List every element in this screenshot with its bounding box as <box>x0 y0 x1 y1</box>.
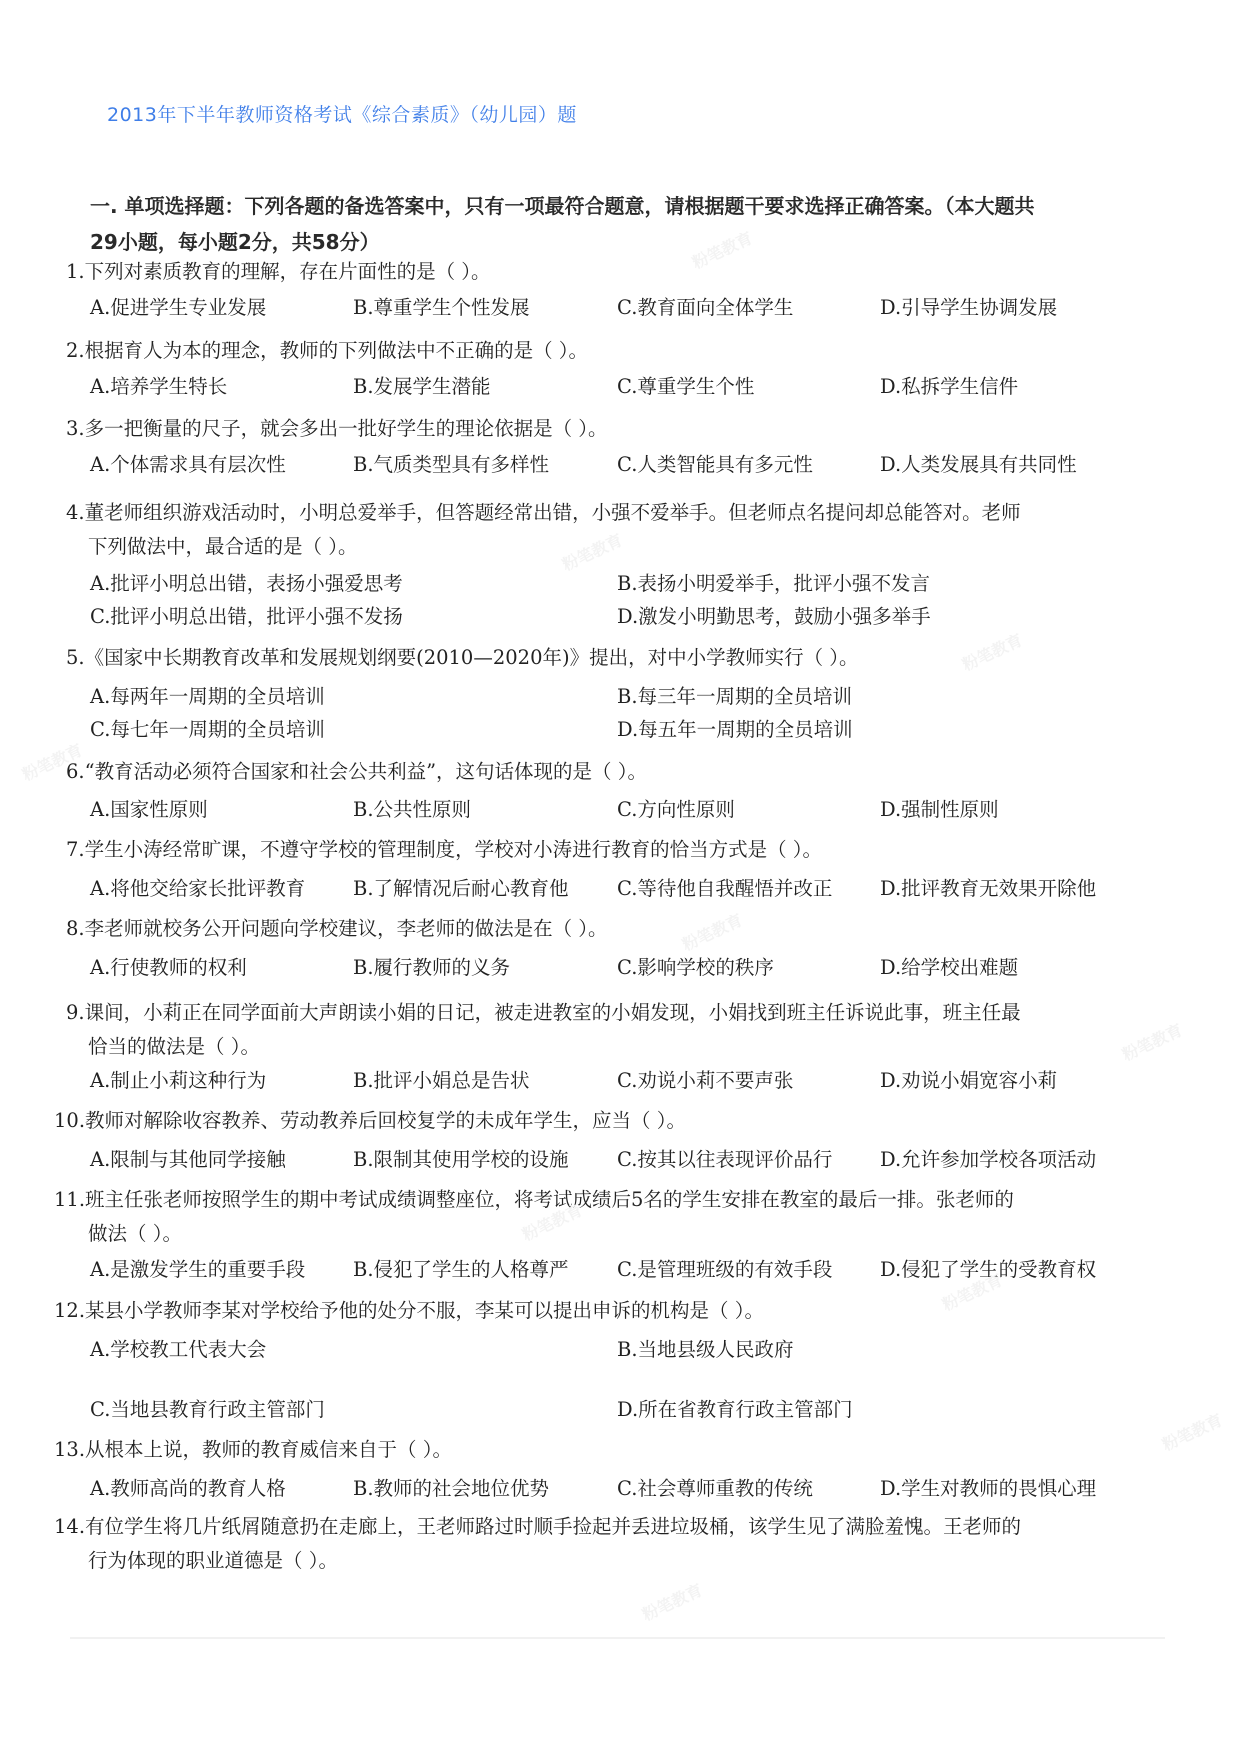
document-title: 2013年下半年教师资格考试《综合素质》（幼儿园）题 <box>107 100 577 127</box>
option-c[interactable]: C.人类智能具有多元性 <box>617 448 813 482</box>
option-c[interactable]: C.等待他自我醒悟并改正 <box>617 872 832 906</box>
option-c[interactable]: C.批评小明总出错，批评小强不发扬 <box>90 600 403 634</box>
question-5: 5.《国家中长期教育改革和发展规划纲要(2010—2020年)》提出，对中小学教… <box>66 641 1146 675</box>
watermark: 粉笔教育 <box>1158 1408 1226 1456</box>
option-b[interactable]: B.教师的社会地位优势 <box>353 1472 549 1506</box>
question-number: 7. <box>66 838 85 861</box>
option-c[interactable]: C.教育面向全体学生 <box>617 291 793 325</box>
question-12-options-row2: C.当地县教育行政主管部门 D.所在省教育行政主管部门 <box>90 1393 1150 1427</box>
option-c[interactable]: C.社会尊师重教的传统 <box>617 1472 813 1506</box>
question-1-options: A.促进学生专业发展 B.尊重学生个性发展 C.教育面向全体学生 D.引导学生协… <box>90 291 1150 325</box>
section-heading: 一. 单项选择题：下列各题的备选答案中，只有一项最符合题意，请根据题干要求选择正… <box>90 188 1150 260</box>
option-a[interactable]: A.制止小莉这种行为 <box>90 1064 266 1098</box>
question-14: 14.有位学生将几片纸屑随意扔在走廊上，王老师路过时顺手捡起并丢进垃圾桶，该学生… <box>54 1510 1134 1578</box>
question-5-options-row2: C.每七年一周期的全员培训 D.每五年一周期的全员培训 <box>90 713 1150 747</box>
option-c[interactable]: C.方向性原则 <box>617 793 735 827</box>
option-c[interactable]: C.按其以往表现评价品行 <box>617 1143 832 1177</box>
question-2-options: A.培养学生特长 B.发展学生潜能 C.尊重学生个性 D.私拆学生信件 <box>90 370 1150 404</box>
page-divider <box>70 1637 1165 1639</box>
question-9-options: A.制止小莉这种行为 B.批评小娟总是告状 C.劝说小莉不要声张 D.劝说小娟宽… <box>90 1064 1150 1098</box>
question-stem: 学生小涛经常旷课，不遵守学校的管理制度，学校对小涛进行教育的恰当方式是（ ）。 <box>85 838 822 861</box>
option-a[interactable]: A.培养学生特长 <box>90 370 227 404</box>
option-c[interactable]: C.是管理班级的有效手段 <box>617 1253 832 1287</box>
question-stem: 课间，小莉正在同学面前大声朗读小娟的日记，被走进教室的小娟发现，小娟找到班主任诉… <box>85 1001 1021 1024</box>
question-3-options: A.个体需求具有层次性 B.气质类型具有多样性 C.人类智能具有多元性 D.人类… <box>90 448 1150 482</box>
option-c[interactable]: C.尊重学生个性 <box>617 370 754 404</box>
option-c[interactable]: C.影响学校的秩序 <box>617 951 774 985</box>
option-a[interactable]: A.将他交给家长批评教育 <box>90 872 305 906</box>
section-heading-line1: 一. 单项选择题：下列各题的备选答案中，只有一项最符合题意，请根据题干要求选择正… <box>90 188 1150 224</box>
option-d[interactable]: D.所在省教育行政主管部门 <box>617 1393 853 1427</box>
question-stem: 根据育人为本的理念，教师的下列做法中不正确的是（ ）。 <box>85 339 588 362</box>
question-stem: “教育活动必须符合国家和社会公共利益”，这句话体现的是（ ）。 <box>85 760 647 783</box>
question-4-options-row2: C.批评小明总出错，批评小强不发扬 D.激发小明勤思考，鼓励小强多举手 <box>90 600 1150 634</box>
question-1: 1.下列对素质教育的理解，存在片面性的是（ ）。 <box>66 255 1146 289</box>
watermark: 粉笔教育 <box>638 1578 706 1626</box>
question-stem: 《国家中长期教育改革和发展规划纲要(2010—2020年)》提出，对中小学教师实… <box>85 646 859 669</box>
question-6-options: A.国家性原则 B.公共性原则 C.方向性原则 D.强制性原则 <box>90 793 1150 827</box>
question-11-options: A.是激发学生的重要手段 B.侵犯了学生的人格尊严 C.是管理班级的有效手段 D… <box>90 1253 1150 1287</box>
question-stem: 某县小学教师李某对学校给予他的处分不服，李某可以提出申诉的机构是（ ）。 <box>85 1299 764 1322</box>
question-stem: 有位学生将几片纸屑随意扔在走廊上，王老师路过时顺手捡起并丢进垃圾桶，该学生见了满… <box>85 1515 1021 1538</box>
option-d[interactable]: D.引导学生协调发展 <box>880 291 1057 325</box>
option-d[interactable]: D.人类发展具有共同性 <box>880 448 1077 482</box>
option-b[interactable]: B.每三年一周期的全员培训 <box>617 680 852 714</box>
option-d[interactable]: D.每五年一周期的全员培训 <box>617 713 853 747</box>
question-10: 10.教师对解除收容教养、劳动教养后回校复学的未成年学生，应当（ ）。 <box>54 1104 1134 1138</box>
option-a[interactable]: A.限制与其他同学接触 <box>90 1143 286 1177</box>
option-c[interactable]: C.当地县教育行政主管部门 <box>90 1393 325 1427</box>
option-c[interactable]: C.每七年一周期的全员培训 <box>90 713 325 747</box>
question-stem: 班主任张老师按照学生的期中考试成绩调整座位，将考试成绩后5名的学生安排在教室的最… <box>85 1188 1014 1211</box>
question-10-options: A.限制与其他同学接触 B.限制其使用学校的设施 C.按其以往表现评价品行 D.… <box>90 1143 1150 1177</box>
question-stem-continued: 下列做法中，最合适的是（ ）。 <box>66 530 1146 564</box>
question-12-options-row1: A.学校教工代表大会 B.当地县级人民政府 <box>90 1333 1150 1367</box>
option-b[interactable]: B.了解情况后耐心教育他 <box>353 872 569 906</box>
question-number: 9. <box>66 1001 85 1024</box>
option-d[interactable]: D.私拆学生信件 <box>880 370 1018 404</box>
option-a[interactable]: A.学校教工代表大会 <box>90 1333 266 1367</box>
option-b[interactable]: B.尊重学生个性发展 <box>353 291 530 325</box>
question-6: 6.“教育活动必须符合国家和社会公共利益”，这句话体现的是（ ）。 <box>66 755 1146 789</box>
option-d[interactable]: D.学生对教师的畏惧心理 <box>880 1472 1096 1506</box>
option-a[interactable]: A.教师高尚的教育人格 <box>90 1472 286 1506</box>
option-b[interactable]: B.当地县级人民政府 <box>617 1333 794 1367</box>
question-number: 4. <box>66 501 85 524</box>
question-number: 5. <box>66 646 85 669</box>
option-a[interactable]: A.每两年一周期的全员培训 <box>90 680 325 714</box>
question-12: 12.某县小学教师李某对学校给予他的处分不服，李某可以提出申诉的机构是（ ）。 <box>54 1294 1134 1328</box>
question-7-options: A.将他交给家长批评教育 B.了解情况后耐心教育他 C.等待他自我醒悟并改正 D… <box>90 872 1150 906</box>
question-number: 10. <box>54 1109 85 1132</box>
question-stem: 董老师组织游戏活动时，小明总爱举手，但答题经常出错，小强不爱举手。但老师点名提问… <box>85 501 1021 524</box>
question-5-options-row1: A.每两年一周期的全员培训 B.每三年一周期的全员培训 <box>90 680 1150 714</box>
question-13: 13.从根本上说，教师的教育威信来自于（ ）。 <box>54 1433 1134 1467</box>
option-d[interactable]: D.给学校出难题 <box>880 951 1018 985</box>
question-stem-continued: 行为体现的职业道德是（ ）。 <box>54 1544 1134 1578</box>
option-a[interactable]: A.促进学生专业发展 <box>90 291 266 325</box>
question-8-options: A.行使教师的权利 B.履行教师的义务 C.影响学校的秩序 D.给学校出难题 <box>90 951 1150 985</box>
question-stem: 教师对解除收容教养、劳动教养后回校复学的未成年学生，应当（ ）。 <box>85 1109 686 1132</box>
question-3: 3.多一把衡量的尺子，就会多出一批好学生的理论依据是（ ）。 <box>66 412 1146 446</box>
question-13-options: A.教师高尚的教育人格 B.教师的社会地位优势 C.社会尊师重教的传统 D.学生… <box>90 1472 1150 1506</box>
question-number: 3. <box>66 417 85 440</box>
question-number: 11. <box>54 1188 85 1211</box>
option-d[interactable]: D.允许参加学校各项活动 <box>880 1143 1096 1177</box>
question-stem-continued: 恰当的做法是（ ）。 <box>66 1030 1146 1064</box>
question-9: 9.课间，小莉正在同学面前大声朗读小娟的日记，被走进教室的小娟发现，小娟找到班主… <box>66 996 1146 1064</box>
question-8: 8.李老师就校务公开问题向学校建议，李老师的做法是在（ ）。 <box>66 912 1146 946</box>
option-a[interactable]: A.国家性原则 <box>90 793 208 827</box>
question-number: 13. <box>54 1438 85 1461</box>
question-stem: 李老师就校务公开问题向学校建议，李老师的做法是在（ ）。 <box>85 917 608 940</box>
option-b[interactable]: B.履行教师的义务 <box>353 951 510 985</box>
option-a[interactable]: A.个体需求具有层次性 <box>90 448 286 482</box>
option-d[interactable]: D.劝说小娟宽容小莉 <box>880 1064 1057 1098</box>
option-b[interactable]: B.侵犯了学生的人格尊严 <box>353 1253 569 1287</box>
option-a[interactable]: A.批评小明总出错，表扬小强爱思考 <box>90 567 403 601</box>
option-a[interactable]: A.行使教师的权利 <box>90 951 247 985</box>
question-4: 4.董老师组织游戏活动时，小明总爱举手，但答题经常出错，小强不爱举手。但老师点名… <box>66 496 1146 564</box>
option-b[interactable]: B.发展学生潜能 <box>353 370 491 404</box>
question-stem: 多一把衡量的尺子，就会多出一批好学生的理论依据是（ ）。 <box>85 417 608 440</box>
question-stem: 下列对素质教育的理解，存在片面性的是（ ）。 <box>85 260 491 283</box>
question-stem: 从根本上说，教师的教育威信来自于（ ）。 <box>85 1438 452 1461</box>
question-4-options-row1: A.批评小明总出错，表扬小强爱思考 B.表扬小明爱举手，批评小强不发言 <box>90 567 1150 601</box>
question-number: 1. <box>66 260 85 283</box>
question-number: 14. <box>54 1515 85 1538</box>
option-b[interactable]: B.批评小娟总是告状 <box>353 1064 530 1098</box>
question-7: 7.学生小涛经常旷课，不遵守学校的管理制度，学校对小涛进行教育的恰当方式是（ ）… <box>66 833 1146 867</box>
option-d[interactable]: D.激发小明勤思考，鼓励小强多举手 <box>617 600 931 634</box>
question-number: 6. <box>66 760 85 783</box>
option-d[interactable]: D.侵犯了学生的受教育权 <box>880 1253 1096 1287</box>
option-d[interactable]: D.强制性原则 <box>880 793 999 827</box>
option-b[interactable]: B.公共性原则 <box>353 793 471 827</box>
question-number: 8. <box>66 917 85 940</box>
option-c[interactable]: C.劝说小莉不要声张 <box>617 1064 793 1098</box>
question-11: 11.班主任张老师按照学生的期中考试成绩调整座位，将考试成绩后5名的学生安排在教… <box>54 1183 1134 1251</box>
option-a[interactable]: A.是激发学生的重要手段 <box>90 1253 305 1287</box>
question-number: 2. <box>66 339 85 362</box>
option-b[interactable]: B.表扬小明爱举手，批评小强不发言 <box>617 567 930 601</box>
option-b[interactable]: B.限制其使用学校的设施 <box>353 1143 569 1177</box>
option-b[interactable]: B.气质类型具有多样性 <box>353 448 549 482</box>
question-2: 2.根据育人为本的理念，教师的下列做法中不正确的是（ ）。 <box>66 334 1146 368</box>
question-number: 12. <box>54 1299 85 1322</box>
option-d[interactable]: D.批评教育无效果开除他 <box>880 872 1096 906</box>
question-stem-continued: 做法（ ）。 <box>54 1217 1134 1251</box>
